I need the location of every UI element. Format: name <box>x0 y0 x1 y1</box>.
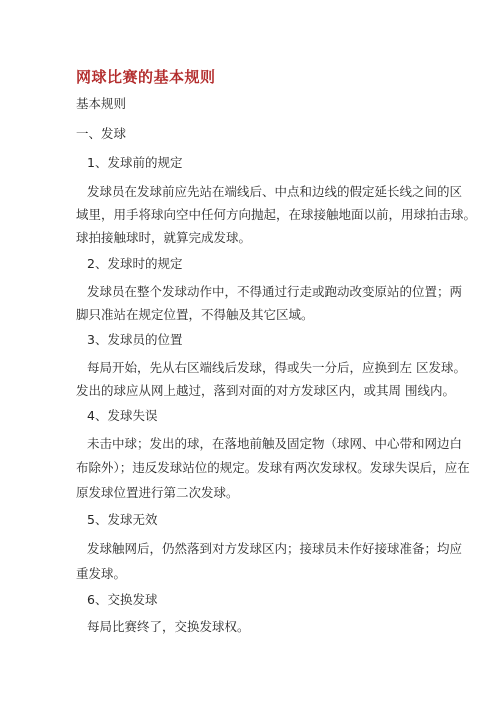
paragraph-line: 域里，用手将球向空中任何方向抛起，在球接触地面以前，用球拍击球。 <box>76 207 476 223</box>
document-page: 网球比赛的基本规则 基本规则 一、发球 1、发球前的规定 发球员在发球前应先站在… <box>0 0 500 708</box>
section-heading: 一、发球 <box>76 126 126 142</box>
subsection-heading: 1、发球前的规定 <box>87 155 182 171</box>
paragraph-line: 每局比赛终了，交换发球权。 <box>87 619 250 635</box>
subsection-heading: 3、发球员的位置 <box>87 332 182 348</box>
paragraph-line: 每局开始，先从右区端线后发球，得或失一分后，应换到左 区发球。 <box>87 360 466 376</box>
paragraph-line: 原发球位置进行第二次发球。 <box>76 485 239 501</box>
subtitle: 基本规则 <box>76 96 126 112</box>
paragraph-line: 球拍接触球时，就算完成发球。 <box>76 230 251 246</box>
paragraph-line: 发出的球应从网上越过，落到对面的对方发球区内，或其周 围线内。 <box>76 383 455 399</box>
paragraph-line: 布除外）；违反发球站位的规定。发球有两次发球权。发球失误后，应在 <box>76 460 470 476</box>
paragraph-line: 发球员在整个发球动作中，不得通过行走或跑动改变原站的位置；两 <box>87 284 462 300</box>
paragraph-line: 发球员在发球前应先站在端线后、中点和边线的假定延长线之间的区 <box>87 184 462 200</box>
subsection-heading: 5、发球无效 <box>87 512 157 528</box>
paragraph-line: 未击中球；发出的球，在落地前触及固定物（球网、中心带和网边白 <box>87 436 462 452</box>
subsection-heading: 2、发球时的规定 <box>87 256 182 272</box>
document-title: 网球比赛的基本规则 <box>76 66 216 87</box>
paragraph-line: 发球触网后，仍然落到对方发球区内；接球员未作好接球准备；均应 <box>87 541 462 557</box>
subsection-heading: 4、发球失误 <box>87 408 157 424</box>
paragraph-line: 脚只准站在规定位置，不得触及其它区域。 <box>76 307 314 323</box>
paragraph-line: 重发球。 <box>76 566 126 582</box>
subsection-heading: 6、交换发球 <box>87 592 157 608</box>
